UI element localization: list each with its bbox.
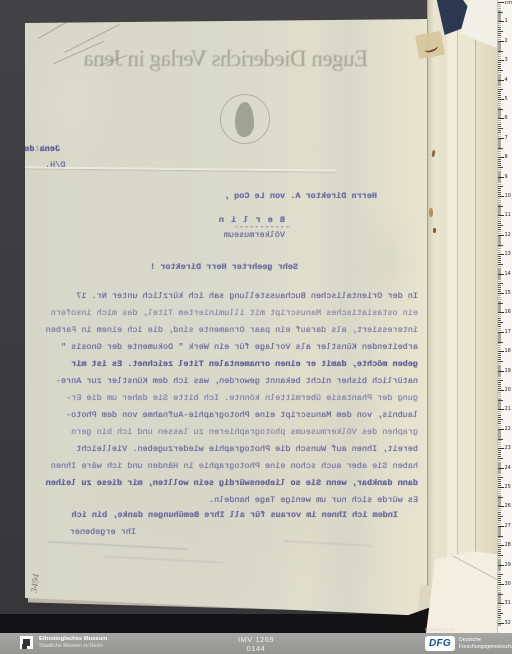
- sheet-number: 0144: [156, 645, 356, 653]
- ruler-tick: [498, 506, 504, 507]
- ruler-number: 22: [505, 426, 511, 432]
- ruler-tick: [498, 215, 504, 216]
- ruler-tick: [498, 80, 504, 81]
- ruler-tick: [498, 312, 504, 313]
- ruler-tick: [498, 623, 504, 624]
- dfg-org-line2: Forschungsgemeinschaft: [459, 644, 512, 650]
- ruler-number: 16: [505, 309, 511, 315]
- stacked-sheet-edge: [475, 0, 497, 633]
- dfg-org-line1: Deutsche: [459, 637, 481, 643]
- ruler-tick: [498, 371, 504, 372]
- body-line: interessiert, als darauf ein paar Orname…: [28, 322, 418, 339]
- stacked-sheet-edge: [447, 0, 457, 633]
- ruler-tick: [498, 400, 503, 401]
- ruler-tick: [498, 342, 503, 343]
- ruler-tick: [498, 128, 503, 129]
- ruler-tick: [498, 332, 504, 333]
- ruler-number: 19: [505, 368, 511, 374]
- body-line: geben möchte, damit er einen ornamentale…: [28, 356, 418, 373]
- stacked-sheet-edge: [457, 0, 475, 633]
- signature-stroke: [283, 534, 373, 547]
- ruler-number: 8: [505, 154, 508, 160]
- ruler-tick: [498, 390, 504, 391]
- ruler-tick: [498, 594, 503, 595]
- ruler-tick: [498, 487, 504, 488]
- ruler-number: 11: [505, 212, 511, 218]
- ruler-tick: [498, 322, 503, 323]
- body-line: natürlich bisher nicht bekannt geworden,…: [28, 373, 418, 390]
- body-line: gung der Phantasie übermitteln könnte. I…: [28, 390, 418, 407]
- ruler-tick: [498, 526, 504, 527]
- ruler-tick: [498, 138, 504, 139]
- ruler-tick: [498, 12, 503, 13]
- ruler-tick: [498, 177, 504, 178]
- ruler-minor-ticks: [498, 2, 501, 626]
- body-line: ein ostasiatisches Manuscript mit illumi…: [28, 305, 418, 322]
- ruler-tick: [498, 536, 503, 537]
- museum-org: Staatliche Museen zu Berlin: [39, 643, 103, 649]
- ruler-number: 25: [505, 484, 511, 490]
- ruler-number: 32: [505, 620, 511, 626]
- dfg-logo: DFG: [425, 636, 455, 651]
- ruler-number: 18: [505, 348, 511, 354]
- pencil-scrawl: [38, 14, 80, 39]
- ruler-number: 28: [505, 542, 511, 548]
- ruler-number: 4: [505, 77, 508, 83]
- ruler-number: 20: [505, 387, 511, 393]
- ruler-tick: [498, 206, 503, 207]
- ruler-number: 13: [505, 251, 511, 257]
- ruler-tick: [498, 584, 504, 585]
- stacked-sheet-edge: [427, 0, 447, 633]
- ruler-number: 26: [505, 503, 511, 509]
- body-line: laubnis, von dem Manuscript eine Photogr…: [28, 407, 418, 424]
- ruler-tick: [498, 545, 504, 546]
- ruler-tick: [498, 468, 504, 469]
- paper-speck: [429, 208, 433, 217]
- ruler-number: 31: [505, 600, 511, 606]
- ruler-tick: [498, 361, 503, 362]
- ruler-tick: [498, 574, 503, 575]
- ruler-tick: [498, 51, 503, 52]
- body-line: haben Sie aber auch schon eine Photograp…: [28, 458, 418, 475]
- ruler-tick: [498, 70, 503, 71]
- ruler-number: 1: [505, 18, 508, 24]
- recipient-institution: Völkermuseum: [224, 230, 285, 240]
- ruler-tick: [498, 283, 503, 284]
- ruler-number: cm: [505, 0, 512, 6]
- archival-scan-viewport: 3494 Eugen Diederichs Verlag in Jena Dra…: [0, 0, 512, 654]
- ruler-number: 10: [505, 193, 511, 199]
- ruler-tick: [498, 235, 504, 236]
- closing-line: Indem ich Ihnen im voraus für all Ihre B…: [72, 510, 398, 520]
- ruler-tick: [498, 31, 503, 32]
- paper-speck: [433, 228, 436, 233]
- ruler-tick: [498, 167, 503, 168]
- body-line: arbeitenden Künstler als Vorlage für ein…: [28, 339, 418, 356]
- ruler-tick: [498, 186, 503, 187]
- ruler-number: 30: [505, 581, 511, 587]
- ruler-tick: [498, 225, 503, 226]
- ruler-number: 9: [505, 174, 508, 180]
- ruler-tick: [498, 264, 503, 265]
- ruler-tick: [498, 303, 503, 304]
- ruler-tick: [498, 293, 504, 294]
- ruler-tick: [498, 565, 504, 566]
- salutation: Sehr geehrter Herr Direktor !: [150, 262, 298, 272]
- signature-stroke: [103, 549, 223, 563]
- dateline-date: Jena den 27. Februar 1910.: [0, 144, 60, 154]
- inventory-number: IMV 1269: [156, 636, 356, 644]
- ruler-tick: [498, 118, 504, 119]
- ruler-tick: [498, 89, 503, 90]
- ruler-tick: [498, 555, 503, 556]
- ruler-number: 24: [505, 465, 511, 471]
- ruler-number: 7: [505, 135, 508, 141]
- museum-logo-icon: [20, 636, 33, 649]
- ruler-number: 5: [505, 96, 508, 102]
- reference-mark: D/H.: [45, 160, 65, 170]
- ruler-tick: [498, 613, 503, 614]
- ruler-tick: [498, 516, 503, 517]
- ruler-number: 6: [505, 115, 508, 121]
- ruler-tick: [498, 351, 504, 352]
- body-line: dann dankbar, wenn Sie so liebenswürdig …: [28, 475, 418, 492]
- ruler-number: 21: [505, 406, 511, 412]
- ruler-number: 3: [505, 57, 508, 63]
- body-line: In der Orientalischen Buchausstellung sa…: [28, 288, 418, 305]
- letter-content-mirrored: Eugen Diederichs Verlag in Jena Drahtans…: [24, 18, 428, 616]
- ruler-tick: [498, 477, 503, 478]
- ruler-tick: [498, 409, 504, 410]
- ruler-number: 27: [505, 523, 511, 529]
- ruler-tick: [498, 458, 503, 459]
- ruler-scale: cm12345678910111213141516171819202122232…: [497, 0, 512, 633]
- ruler-tick: [498, 157, 504, 158]
- ruler-tick: [498, 448, 504, 449]
- ruler-tick: [498, 99, 504, 100]
- letter-body: In der Orientalischen Buchausstellung sa…: [28, 288, 418, 509]
- ruler-tick: [498, 603, 504, 604]
- ruler-number: 23: [505, 445, 511, 451]
- ruler-tick: [498, 429, 504, 430]
- ruler-number: 2: [505, 38, 508, 44]
- ruler-tick: [498, 148, 503, 149]
- ruler-tick: [498, 2, 504, 3]
- ruler-tick: [498, 380, 503, 381]
- footer-bar: Ethnologisches Museum Staatliche Museen …: [0, 633, 512, 654]
- body-line: Es würde sich nur um wenige Tage handeln…: [28, 492, 418, 509]
- ruler-number: 12: [505, 232, 511, 238]
- publisher-lion-logo: [220, 94, 270, 144]
- ruler-number: 15: [505, 290, 511, 296]
- ruler-tick: [498, 21, 504, 22]
- ruler-tick: [498, 497, 503, 498]
- ruler-number: 17: [505, 329, 511, 335]
- lion-icon: [235, 102, 254, 137]
- ruler-tick: [498, 254, 504, 255]
- ruler-tick: [498, 109, 503, 110]
- museum-name: Ethnologisches Museum: [39, 636, 107, 643]
- body-line: graphen des Völkermuseums photographiere…: [28, 424, 418, 441]
- body-line: bereit, Ihnen auf Wunsch die Photographi…: [28, 441, 418, 458]
- letter-page: 3494 Eugen Diederichs Verlag in Jena Dra…: [24, 18, 428, 616]
- recipient-name: Herrn Direktor A. von Le Coq ,: [224, 191, 377, 201]
- ruler-tick: [498, 41, 504, 42]
- ruler-tick: [498, 196, 504, 197]
- ruler-tick: [498, 439, 503, 440]
- ruler-tick: [498, 245, 503, 246]
- ruler-number: 14: [505, 271, 511, 277]
- funded-by-label: Gefördert durch: [425, 627, 454, 632]
- ruler-tick: [498, 419, 503, 420]
- ruler-tick: [498, 274, 504, 275]
- ruler-tick: [498, 60, 504, 61]
- ruler-number: 29: [505, 562, 511, 568]
